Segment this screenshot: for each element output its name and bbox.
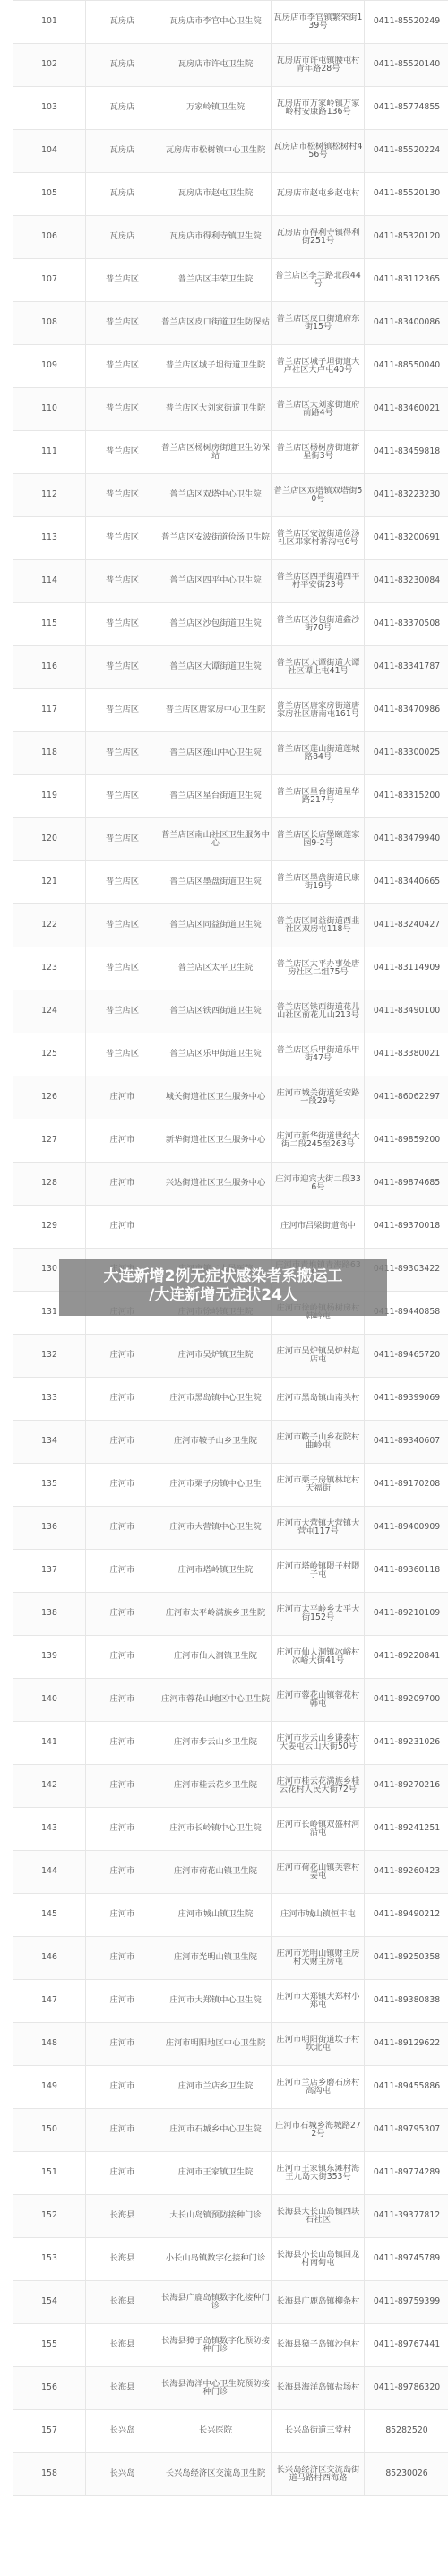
table-row: 137庄河市庄河市塔岭镇卫生院庄河市塔岭镇隈子村隈子屯0411-89360118 [13, 1550, 448, 1593]
row-district: 庄河市 [86, 1076, 159, 1119]
table-row: 141庄河市庄河市步云山乡卫生院庄河市步云山乡谦泰村大姜屯云山大街50号0411… [13, 1722, 448, 1765]
row-address: 长海县海洋岛镇盐场村 [272, 2367, 365, 2410]
row-number: 141 [13, 1722, 86, 1765]
row-phone: 0411-83114909 [365, 947, 448, 990]
news-caption-overlay: 大连新增2例无症状感染者系搬运工 /大连新增无症状24人 [59, 1259, 387, 1316]
row-district: 庄河市 [86, 2066, 159, 2109]
table-row: 155长海县长海县獐子岛镇数字化预防接种门诊长海县獐子岛镇沙包村0411-897… [13, 2324, 448, 2367]
row-district: 庄河市 [86, 1722, 159, 1765]
row-phone: 0411-89399069 [365, 1378, 448, 1421]
row-phone: 0411-83479940 [365, 818, 448, 861]
row-district: 庄河市 [86, 2152, 159, 2195]
table-row: 134庄河市庄河市鞍子山乡卫生院庄河市鞍子山乡花院村曲岭屯0411-893406… [13, 1421, 448, 1464]
row-number: 143 [13, 1808, 86, 1851]
table-row: 145庄河市庄河市城山镇卫生院庄河市城山镇恒丰屯0411-89490212 [13, 1894, 448, 1937]
table-row: 117普兰店区普兰店区唐家房中心卫生院普兰店区唐家房街道唐家房社区唐南屯161号… [13, 689, 448, 732]
row-phone: 0411-89745789 [365, 2238, 448, 2281]
row-address: 长海县獐子岛镇沙包村 [272, 2324, 365, 2367]
table-row: 151庄河市庄河市王家镇卫生院庄河市王家镇东滩村海王九岛大街353号0411-8… [13, 2152, 448, 2195]
row-phone: 0411-85520249 [365, 1, 448, 44]
table-row: 127庄河市新华街道社区卫生服务中心庄河市新华街道世纪大街二段245至263号0… [13, 1119, 448, 1163]
row-address: 普兰店区莲山街道莲城路84号 [272, 732, 365, 775]
row-institution: 瓦房店市许屯卫生院 [159, 44, 272, 87]
row-address: 庄河市迎宾大街二段336号 [272, 1163, 365, 1206]
vaccination-sites-table: 101瓦房店瓦房店市李官中心卫生院瓦房店市李官镇繁荣街139号0411-8552… [13, 0, 448, 2496]
row-address: 普兰店区沙包街道鑫沙街70号 [272, 603, 365, 646]
row-phone: 85282520 [365, 2410, 448, 2453]
row-district: 庄河市 [86, 1980, 159, 2023]
row-institution: 庄河市明阳地区中心卫生院 [159, 2023, 272, 2066]
row-phone: 0411-89129622 [365, 2023, 448, 2066]
row-phone: 0411-88550040 [365, 345, 448, 388]
row-district: 普兰店区 [86, 517, 159, 560]
row-institution: 普兰店区城子坦街道卫生院 [159, 345, 272, 388]
row-address: 长海县小长山岛镇回龙村南甸屯 [272, 2238, 365, 2281]
row-district: 庄河市 [86, 1636, 159, 1679]
row-address: 庄河市光明山镇财主房村大财主房屯 [272, 1937, 365, 1980]
table-row: 101瓦房店瓦房店市李官中心卫生院瓦房店市李官镇繁荣街139号0411-8552… [13, 1, 448, 44]
row-number: 146 [13, 1937, 86, 1980]
row-district: 普兰店区 [86, 861, 159, 904]
row-institution: 庄河市城山镇卫生院 [159, 1894, 272, 1937]
row-phone: 0411-89340607 [365, 1421, 448, 1464]
table-row: 154长海县长海县广鹿岛镇数字化接种门诊长海县广鹿岛镇柳条村0411-89759… [13, 2281, 448, 2324]
row-phone: 0411-83470986 [365, 689, 448, 732]
row-address: 庄河市吕梁街道高中 [272, 1206, 365, 1249]
row-institution: 普兰店区唐家房中心卫生院 [159, 689, 272, 732]
row-district: 普兰店区 [86, 603, 159, 646]
row-institution: 普兰店区大刘家街道卫生院 [159, 388, 272, 431]
row-number: 142 [13, 1765, 86, 1808]
row-phone: 0411-89859200 [365, 1119, 448, 1163]
row-phone: 0411-85520224 [365, 130, 448, 173]
row-number: 127 [13, 1119, 86, 1163]
row-address: 普兰店区杨树房街道新星街3号 [272, 431, 365, 474]
table-row: 116普兰店区普兰店区大谭街道卫生院普兰店区大谭街道大谭社区谭上屯41号0411… [13, 646, 448, 689]
row-institution: 庄河市蓉花山地区中心卫生院 [159, 1679, 272, 1722]
row-institution: 瓦房店市赵屯卫生院 [159, 173, 272, 216]
caption-line-2: /大连新增无症状24人 [59, 1286, 387, 1305]
row-address: 普兰店区皮口街道府东街15号 [272, 302, 365, 345]
row-address: 普兰店区李兰路北段44号 [272, 259, 365, 302]
row-number: 126 [13, 1076, 86, 1119]
row-number: 129 [13, 1206, 86, 1249]
row-institution: 庄河市石城乡中心卫生院 [159, 2109, 272, 2152]
row-institution: 普兰店区乐甲街道卫生院 [159, 1033, 272, 1076]
row-number: 120 [13, 818, 86, 861]
row-phone: 0411-83300025 [365, 732, 448, 775]
row-number: 148 [13, 2023, 86, 2066]
row-institution: 普兰店区杨树房街道卫生防保站 [159, 431, 272, 474]
table-row: 109普兰店区普兰店区城子坦街道卫生院普兰店区城子坦街道大卢社区大卢屯40号04… [13, 345, 448, 388]
table-row: 146庄河市庄河市光明山镇卫生院庄河市光明山镇财主房村大财主房屯0411-892… [13, 1937, 448, 1980]
row-institution: 新华街道社区卫生服务中心 [159, 1119, 272, 1163]
row-district: 瓦房店 [86, 130, 159, 173]
row-institution: 庄河市栗子房镇中心卫生 [159, 1464, 272, 1507]
row-institution: 长海县獐子岛镇数字化预防接种门诊 [159, 2324, 272, 2367]
table-row: 133庄河市庄河市黑岛镇中心卫生院庄河市黑岛镇山南头村0411-89399069 [13, 1378, 448, 1421]
table-row: 115普兰店区普兰店区沙包街道卫生院普兰店区沙包街道鑫沙街70号0411-833… [13, 603, 448, 646]
row-institution: 普兰店区沙包街道卫生院 [159, 603, 272, 646]
row-number: 107 [13, 259, 86, 302]
row-institution: 普兰店区铁西街道卫生院 [159, 990, 272, 1033]
row-institution: 庄河市桂云花乡卫生院 [159, 1765, 272, 1808]
row-address: 普兰店区大谭街道大谭社区谭上屯41号 [272, 646, 365, 689]
row-number: 123 [13, 947, 86, 990]
row-address: 庄河市塔岭镇隈子村隈子屯 [272, 1550, 365, 1593]
row-address: 庄河市城山镇恒丰屯 [272, 1894, 365, 1937]
row-number: 138 [13, 1593, 86, 1636]
table-row: 121普兰店区普兰店区墨盘街道卫生院普兰店区墨盘街道民康街19号0411-834… [13, 861, 448, 904]
row-phone: 0411-83315200 [365, 775, 448, 818]
row-address: 庄河市黑岛镇山南头村 [272, 1378, 365, 1421]
table-row: 138庄河市庄河市太平岭满族乡卫生院庄河市太平岭乡太平大街152号0411-89… [13, 1593, 448, 1636]
row-phone: 0411-89490212 [365, 1894, 448, 1937]
row-number: 145 [13, 1894, 86, 1937]
row-number: 133 [13, 1378, 86, 1421]
row-institution: 庄河市长岭镇中心卫生院 [159, 1808, 272, 1851]
row-number: 121 [13, 861, 86, 904]
table-row: 102瓦房店瓦房店市许屯卫生院瓦房店市许屯镇腰屯村青年路28号0411-8552… [13, 44, 448, 87]
row-phone: 0411-89360118 [365, 1550, 448, 1593]
table-row: 119普兰店区普兰店区星台街道卫生院普兰店区星台街道星华路217号0411-83… [13, 775, 448, 818]
row-phone: 0411-86062297 [365, 1076, 448, 1119]
row-institution: 庄河市光明山镇卫生院 [159, 1937, 272, 1980]
row-number: 149 [13, 2066, 86, 2109]
table-row: 142庄河市庄河市桂云花乡卫生院庄河市桂云花满族乡桂云花村人民大街72号0411… [13, 1765, 448, 1808]
row-address: 普兰店区唐家房街道唐家房社区唐南屯161号 [272, 689, 365, 732]
row-phone: 0411-83370508 [365, 603, 448, 646]
row-institution: 长海县海洋中心卫生院预防接种门诊 [159, 2367, 272, 2410]
row-institution: 万家岭镇卫生院 [159, 87, 272, 130]
row-number: 105 [13, 173, 86, 216]
row-number: 158 [13, 2453, 86, 2496]
table-row: 123普兰店区普兰店区太平卫生院普兰店区太平办事处唐房社区二组75号0411-8… [13, 947, 448, 990]
row-address: 长海县广鹿岛镇柳条村 [272, 2281, 365, 2324]
row-phone: 0411-89795307 [365, 2109, 448, 2152]
row-address: 长海县大长山岛镇四块石社区 [272, 2195, 365, 2238]
row-number: 112 [13, 474, 86, 517]
row-phone: 0411-83459818 [365, 431, 448, 474]
table-row: 149庄河市庄河市兰店乡卫生院庄河市兰店乡磨石房村高沟屯0411-8945588… [13, 2066, 448, 2109]
table-row: 158长兴岛长兴岛经济区交流岛卫生院长兴岛经济区交流岛街道马路村西海路85230… [13, 2453, 448, 2496]
row-address: 瓦房店市得利寺镇得利街251号 [272, 216, 365, 259]
table-row: 104瓦房店瓦房店市松树镇中心卫生院瓦房店市松树镇松树村456号0411-855… [13, 130, 448, 173]
row-phone: 0411-89210109 [365, 1593, 448, 1636]
row-phone: 0411-89370018 [365, 1206, 448, 1249]
row-address: 庄河市荷花山镇芙蓉村姜屯 [272, 1851, 365, 1894]
row-address: 瓦房店市万家岭镇万家岭村安康路136号 [272, 87, 365, 130]
row-number: 140 [13, 1679, 86, 1722]
row-district: 普兰店区 [86, 689, 159, 732]
row-institution: 庄河市吴炉镇卫生院 [159, 1335, 272, 1378]
row-phone: 0411-83400086 [365, 302, 448, 345]
row-number: 101 [13, 1, 86, 44]
row-phone: 0411-89170208 [365, 1464, 448, 1507]
row-district: 长兴岛 [86, 2453, 159, 2496]
row-number: 152 [13, 2195, 86, 2238]
row-number: 134 [13, 1421, 86, 1464]
row-address: 普兰店区双塔镇双塔街50号 [272, 474, 365, 517]
row-institution: 瓦房店市松树镇中心卫生院 [159, 130, 272, 173]
table-row: 140庄河市庄河市蓉花山地区中心卫生院庄河市蓉花山镇蓉花村韩屯0411-8920… [13, 1679, 448, 1722]
row-institution: 普兰店区同益街道卫生院 [159, 904, 272, 947]
row-institution: 普兰店区大谭街道卫生院 [159, 646, 272, 689]
row-address: 普兰店区太平办事处唐房社区二组75号 [272, 947, 365, 990]
table-body: 101瓦房店瓦房店市李官中心卫生院瓦房店市李官镇繁荣街139号0411-8552… [13, 1, 448, 2496]
table-row: 111普兰店区普兰店区杨树房街道卫生防保站普兰店区杨树房街道新星街3号0411-… [13, 431, 448, 474]
row-district: 普兰店区 [86, 646, 159, 689]
row-phone: 0411-89455886 [365, 2066, 448, 2109]
row-phone: 0411-89241251 [365, 1808, 448, 1851]
row-address: 长兴岛街道三堂村 [272, 2410, 365, 2453]
row-number: 110 [13, 388, 86, 431]
table-row: 108普兰店区普兰店区皮口街道卫生防保站普兰店区皮口街道府东街15号0411-8… [13, 302, 448, 345]
row-district: 长海县 [86, 2195, 159, 2238]
table-row: 106瓦房店瓦房店市得利寺镇卫生院瓦房店市得利寺镇得利街251号0411-853… [13, 216, 448, 259]
row-address: 瓦房店市李官镇繁荣街139号 [272, 1, 365, 44]
row-institution: 庄河市仙人洞镇卫生院 [159, 1636, 272, 1679]
row-address: 庄河市栗子房镇林坨村天福街 [272, 1464, 365, 1507]
row-district: 庄河市 [86, 1851, 159, 1894]
row-address: 庄河市大郑镇大郑村小郑屯 [272, 1980, 365, 2023]
row-phone: 0411-89759399 [365, 2281, 448, 2324]
row-district: 普兰店区 [86, 1033, 159, 1076]
row-phone: 0411-85774855 [365, 87, 448, 130]
row-institution: 庄河市荷花山镇卫生院 [159, 1851, 272, 1894]
row-address: 庄河市王家镇东滩村海王九岛大街353号 [272, 2152, 365, 2195]
row-phone: 0411-83440665 [365, 861, 448, 904]
table-row: 126庄河市城关街道社区卫生服务中心庄河市城关街道延安路一段29号0411-86… [13, 1076, 448, 1119]
row-institution: 瓦房店市得利寺镇卫生院 [159, 216, 272, 259]
row-district: 瓦房店 [86, 173, 159, 216]
row-number: 157 [13, 2410, 86, 2453]
row-district: 庄河市 [86, 1765, 159, 1808]
row-phone: 0411-89260423 [365, 1851, 448, 1894]
row-address: 庄河市太平岭乡太平大街152号 [272, 1593, 365, 1636]
row-district: 普兰店区 [86, 345, 159, 388]
row-phone: 0411-83200691 [365, 517, 448, 560]
row-district: 普兰店区 [86, 259, 159, 302]
row-address: 普兰店区长店堡颐莲家园9-2号 [272, 818, 365, 861]
row-institution: 庄河市兰店乡卫生院 [159, 2066, 272, 2109]
row-district: 瓦房店 [86, 87, 159, 130]
row-number: 119 [13, 775, 86, 818]
row-address: 庄河市蓉花山镇蓉花村韩屯 [272, 1679, 365, 1722]
row-institution: 普兰店区安波街道俭汤卫生院 [159, 517, 272, 560]
row-phone: 0411-39377812 [365, 2195, 448, 2238]
row-district: 庄河市 [86, 1808, 159, 1851]
row-phone: 0411-83223230 [365, 474, 448, 517]
row-institution: 大长山岛镇预防接种门诊 [159, 2195, 272, 2238]
table-row: 110普兰店区普兰店区大刘家街道卫生院普兰店区大刘家街道府前路4号0411-83… [13, 388, 448, 431]
row-phone: 0411-89767441 [365, 2324, 448, 2367]
row-institution: 庄河市塔岭镇卫生院 [159, 1550, 272, 1593]
row-address: 普兰店区安波街道俭汤社区邓家村蒋沟屯6号 [272, 517, 365, 560]
row-institution: 普兰店区丰荣卫生院 [159, 259, 272, 302]
table-row: 129庄河市庄河市吕梁街道高中0411-89370018 [13, 1206, 448, 1249]
row-district: 庄河市 [86, 1163, 159, 1206]
row-district: 庄河市 [86, 1206, 159, 1249]
caption-line-1: 大连新增2例无症状感染者系搬运工 [59, 1267, 387, 1286]
row-phone: 0411-83230084 [365, 560, 448, 603]
row-phone: 0411-85520140 [365, 44, 448, 87]
row-district: 长海县 [86, 2238, 159, 2281]
table-row: 156长海县长海县海洋中心卫生院预防接种门诊长海县海洋岛镇盐场村0411-897… [13, 2367, 448, 2410]
row-number: 155 [13, 2324, 86, 2367]
row-address: 庄河市鞍子山乡花院村曲岭屯 [272, 1421, 365, 1464]
table-row: 132庄河市庄河市吴炉镇卫生院庄河市吴炉镇吴炉村赵店屯0411-89465720 [13, 1335, 448, 1378]
row-number: 106 [13, 216, 86, 259]
row-address: 庄河市城关街道延安路一段29号 [272, 1076, 365, 1119]
row-phone: 0411-89786320 [365, 2367, 448, 2410]
row-phone: 0411-89209700 [365, 1679, 448, 1722]
row-number: 150 [13, 2109, 86, 2152]
row-phone: 0411-89874685 [365, 1163, 448, 1206]
row-address: 庄河市步云山乡谦泰村大姜屯云山大街50号 [272, 1722, 365, 1765]
row-number: 136 [13, 1507, 86, 1550]
row-number: 124 [13, 990, 86, 1033]
row-number: 103 [13, 87, 86, 130]
row-institution: 瓦房店市李官中心卫生院 [159, 1, 272, 44]
row-phone: 0411-89465720 [365, 1335, 448, 1378]
row-institution: 庄河市步云山乡卫生院 [159, 1722, 272, 1765]
row-address: 普兰店区墨盘街道民康街19号 [272, 861, 365, 904]
row-address: 长兴岛经济区交流岛街道马路村西海路 [272, 2453, 365, 2496]
table-row: 135庄河市庄河市栗子房镇中心卫生庄河市栗子房镇林坨村天福街0411-89170… [13, 1464, 448, 1507]
row-address: 普兰店区铁西街道花儿山社区前花儿山213号 [272, 990, 365, 1033]
row-address: 庄河市桂云花满族乡桂云花村人民大街72号 [272, 1765, 365, 1808]
table-row: 147庄河市庄河市大郑镇中心卫生院庄河市大郑镇大郑村小郑屯0411-893808… [13, 1980, 448, 2023]
table-row: 105瓦房店瓦房店市赵屯卫生院瓦房店市赵屯乡赵屯村0411-85520130 [13, 173, 448, 216]
row-phone: 0411-89774289 [365, 2152, 448, 2195]
row-institution: 普兰店区太平卫生院 [159, 947, 272, 990]
table-row: 112普兰店区普兰店区双塔中心卫生院普兰店区双塔镇双塔街50号0411-8322… [13, 474, 448, 517]
table-row: 107普兰店区普兰店区丰荣卫生院普兰店区李兰路北段44号0411-8311236… [13, 259, 448, 302]
row-number: 128 [13, 1163, 86, 1206]
row-district: 庄河市 [86, 1335, 159, 1378]
row-phone: 0411-85520130 [365, 173, 448, 216]
row-district: 普兰店区 [86, 388, 159, 431]
row-phone: 0411-83380021 [365, 1033, 448, 1076]
row-number: 154 [13, 2281, 86, 2324]
row-address: 庄河市仙人洞镇冰峪村冰峪大街41号 [272, 1636, 365, 1679]
row-institution: 小长山岛镇数字化接种门诊 [159, 2238, 272, 2281]
row-district: 普兰店区 [86, 474, 159, 517]
row-district: 普兰店区 [86, 947, 159, 990]
table-row: 139庄河市庄河市仙人洞镇卫生院庄河市仙人洞镇冰峪村冰峪大街41号0411-89… [13, 1636, 448, 1679]
row-district: 庄河市 [86, 1119, 159, 1163]
row-district: 庄河市 [86, 1550, 159, 1593]
row-phone: 0411-83460021 [365, 388, 448, 431]
row-address: 普兰店区大刘家街道府前路4号 [272, 388, 365, 431]
row-number: 156 [13, 2367, 86, 2410]
row-institution: 庄河市太平岭满族乡卫生院 [159, 1593, 272, 1636]
row-phone: 0411-83240427 [365, 904, 448, 947]
row-institution: 庄河市大郑镇中心卫生院 [159, 1980, 272, 2023]
row-phone: 0411-89400909 [365, 1507, 448, 1550]
row-number: 122 [13, 904, 86, 947]
row-district: 庄河市 [86, 1464, 159, 1507]
row-address: 庄河市新华街道世纪大街二段245至263号 [272, 1119, 365, 1163]
table-row: 153长海县小长山岛镇数字化接种门诊长海县小长山岛镇回龙村南甸屯0411-897… [13, 2238, 448, 2281]
table-row: 157长兴岛长兴医院长兴岛街道三堂村85282520 [13, 2410, 448, 2453]
row-district: 庄河市 [86, 1593, 159, 1636]
row-district: 普兰店区 [86, 560, 159, 603]
row-institution: 长兴医院 [159, 2410, 272, 2453]
row-district: 长海县 [86, 2367, 159, 2410]
row-number: 116 [13, 646, 86, 689]
row-phone: 0411-83341787 [365, 646, 448, 689]
row-number: 125 [13, 1033, 86, 1076]
row-phone: 0411-89380838 [365, 1980, 448, 2023]
row-phone: 0411-83112365 [365, 259, 448, 302]
row-district: 庄河市 [86, 1507, 159, 1550]
table-row: 124普兰店区普兰店区铁西街道卫生院普兰店区铁西街道花儿山社区前花儿山213号0… [13, 990, 448, 1033]
row-district: 普兰店区 [86, 990, 159, 1033]
row-address: 普兰店区四平街道四平村平安街23号 [272, 560, 365, 603]
row-number: 102 [13, 44, 86, 87]
row-institution: 普兰店区四平中心卫生院 [159, 560, 272, 603]
row-district: 瓦房店 [86, 216, 159, 259]
row-address: 庄河市大营镇大营镇大营屯117号 [272, 1507, 365, 1550]
table-row: 113普兰店区普兰店区安波街道俭汤卫生院普兰店区安波街道俭汤社区邓家村蒋沟屯6号… [13, 517, 448, 560]
row-address: 普兰店区城子坦街道大卢社区大卢屯40号 [272, 345, 365, 388]
row-institution: 庄河市大营镇中心卫生院 [159, 1507, 272, 1550]
row-district: 长海县 [86, 2281, 159, 2324]
row-number: 137 [13, 1550, 86, 1593]
table-row: 144庄河市庄河市荷花山镇卫生院庄河市荷花山镇芙蓉村姜屯0411-8926042… [13, 1851, 448, 1894]
table-row: 122普兰店区普兰店区同益街道卫生院普兰店区同益街道西韭社区双房屯118号041… [13, 904, 448, 947]
row-address: 庄河市长岭镇双盛村河沿屯 [272, 1808, 365, 1851]
row-address: 庄河市明阳街道坎子村坎北屯 [272, 2023, 365, 2066]
row-institution: 普兰店区南山社区卫生服务中心 [159, 818, 272, 861]
row-address: 普兰店区同益街道西韭社区双房屯118号 [272, 904, 365, 947]
row-institution: 普兰店区莲山中心卫生院 [159, 732, 272, 775]
row-institution: 庄河市黑岛镇中心卫生院 [159, 1378, 272, 1421]
row-institution: 普兰店区皮口街道卫生防保站 [159, 302, 272, 345]
row-phone: 0411-85320120 [365, 216, 448, 259]
row-number: 144 [13, 1851, 86, 1894]
row-number: 111 [13, 431, 86, 474]
row-district: 普兰店区 [86, 818, 159, 861]
row-institution: 庄河市王家镇卫生院 [159, 2152, 272, 2195]
row-number: 113 [13, 517, 86, 560]
row-number: 147 [13, 1980, 86, 2023]
row-address: 庄河市兰店乡磨石房村高沟屯 [272, 2066, 365, 2109]
row-number: 108 [13, 302, 86, 345]
row-phone: 85230026 [365, 2453, 448, 2496]
row-phone: 0411-89250358 [365, 1937, 448, 1980]
table-row: 120普兰店区普兰店区南山社区卫生服务中心普兰店区长店堡颐莲家园9-2号0411… [13, 818, 448, 861]
row-address: 庄河市石城乡海城路272号 [272, 2109, 365, 2152]
row-number: 114 [13, 560, 86, 603]
table-row: 136庄河市庄河市大营镇中心卫生院庄河市大营镇大营镇大营屯117号0411-89… [13, 1507, 448, 1550]
row-phone: 0411-89220841 [365, 1636, 448, 1679]
row-address: 瓦房店市松树镇松树村456号 [272, 130, 365, 173]
row-phone: 0411-83490100 [365, 990, 448, 1033]
row-phone: 0411-89270216 [365, 1765, 448, 1808]
row-district: 庄河市 [86, 1679, 159, 1722]
table-row: 152长海县大长山岛镇预防接种门诊长海县大长山岛镇四块石社区0411-39377… [13, 2195, 448, 2238]
table-row: 150庄河市庄河市石城乡中心卫生院庄河市石城乡海城路272号0411-89795… [13, 2109, 448, 2152]
table-row: 103瓦房店万家岭镇卫生院瓦房店市万家岭镇万家岭村安康路136号0411-857… [13, 87, 448, 130]
row-number: 135 [13, 1464, 86, 1507]
row-address: 普兰店区乐甲街道乐甲街47号 [272, 1033, 365, 1076]
row-district: 庄河市 [86, 1378, 159, 1421]
row-district: 庄河市 [86, 2109, 159, 2152]
row-district: 普兰店区 [86, 302, 159, 345]
